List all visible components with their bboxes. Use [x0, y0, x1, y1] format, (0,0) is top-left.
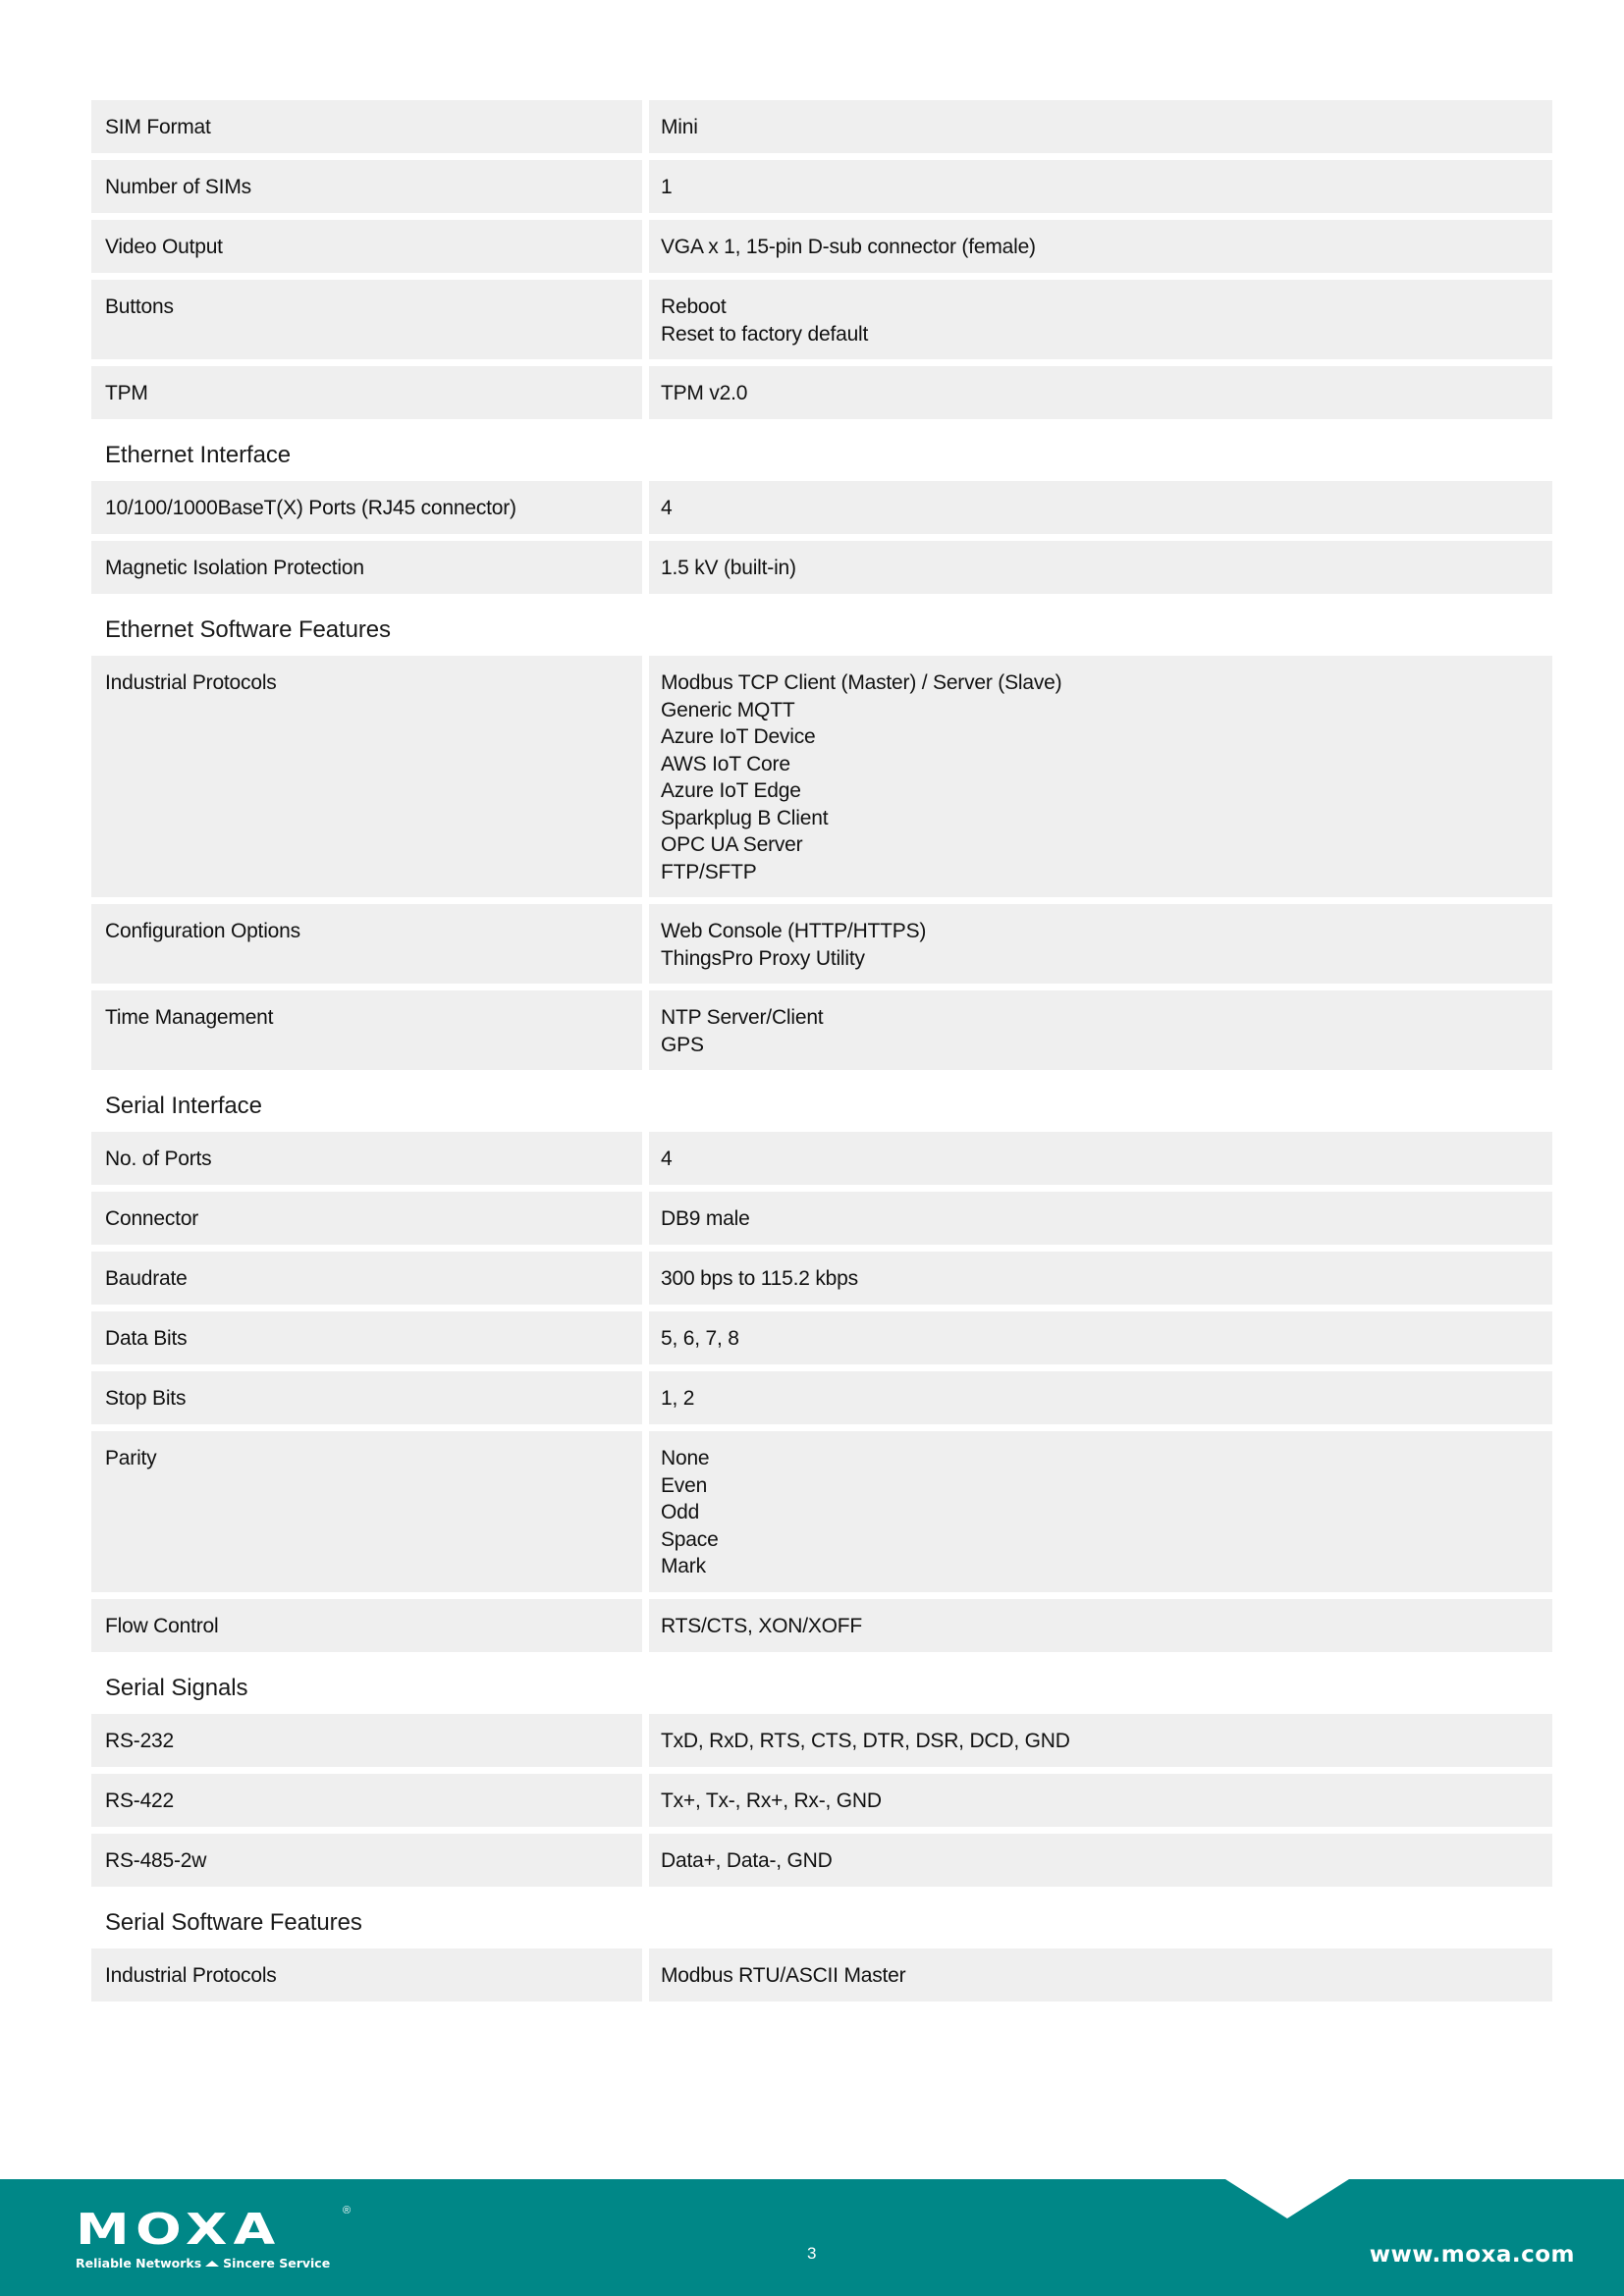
table-row: Stop Bits1, 2 — [91, 1371, 1552, 1424]
spec-value-line: TPM v2.0 — [661, 380, 1539, 407]
spec-value-line: 1.5 kV (built-in) — [661, 555, 1539, 582]
spec-value: VGA x 1, 15-pin D-sub connector (female) — [649, 220, 1552, 273]
spec-value: RTS/CTS, XON/XOFF — [649, 1599, 1552, 1652]
spec-value-line: Azure IoT Edge — [661, 777, 1539, 805]
spec-value-line: Modbus TCP Client (Master) / Server (Sla… — [661, 669, 1539, 697]
spec-section: Ethernet Software FeaturesIndustrial Pro… — [91, 601, 1552, 1070]
moxa-logo: MOXA ® Reliable NetworksSincere Service — [76, 2211, 330, 2270]
spec-label: Stop Bits — [91, 1371, 642, 1424]
spec-label: Number of SIMs — [91, 160, 642, 213]
spec-value-line: Reset to factory default — [661, 321, 1539, 348]
spec-value-line: Reboot — [661, 294, 1539, 321]
spec-value: 1.5 kV (built-in) — [649, 541, 1552, 594]
spec-value-line: Generic MQTT — [661, 697, 1539, 724]
section-title: Ethernet Interface — [91, 426, 1552, 481]
spec-value-line: Even — [661, 1472, 1539, 1500]
triangle-icon — [205, 2261, 219, 2267]
spec-label: RS-232 — [91, 1714, 642, 1767]
footer-notch-decoration — [1225, 2179, 1349, 2218]
spec-value-line: GPS — [661, 1032, 1539, 1059]
spec-value-line: TxD, RxD, RTS, CTS, DTR, DSR, DCD, GND — [661, 1728, 1539, 1755]
spec-label: TPM — [91, 366, 642, 419]
spec-value: Modbus RTU/ASCII Master — [649, 1949, 1552, 2002]
logo-tagline: Reliable NetworksSincere Service — [76, 2256, 330, 2270]
table-row: RS-232TxD, RxD, RTS, CTS, DTR, DSR, DCD,… — [91, 1714, 1552, 1767]
spec-value-line: OPC UA Server — [661, 831, 1539, 859]
table-row: Industrial ProtocolsModbus TCP Client (M… — [91, 656, 1552, 897]
spec-label: Time Management — [91, 990, 642, 1070]
logo-wordmark: MOXA — [76, 2211, 282, 2250]
registered-mark: ® — [343, 2205, 351, 2216]
spec-value-line: Odd — [661, 1499, 1539, 1526]
spec-value: 5, 6, 7, 8 — [649, 1311, 1552, 1364]
spec-value: 1 — [649, 160, 1552, 213]
tagline-left: Reliable Networks — [76, 2256, 201, 2270]
spec-section: Ethernet Interface10/100/1000BaseT(X) Po… — [91, 426, 1552, 594]
spec-label: Parity — [91, 1431, 642, 1592]
spec-label: Configuration Options — [91, 904, 642, 984]
spec-value: DB9 male — [649, 1192, 1552, 1245]
spec-value-line: Azure IoT Device — [661, 723, 1539, 751]
spec-label: SIM Format — [91, 100, 642, 153]
table-row: Baudrate300 bps to 115.2 kbps — [91, 1252, 1552, 1305]
spec-value-line: Modbus RTU/ASCII Master — [661, 1962, 1539, 1990]
spec-value-line: Space — [661, 1526, 1539, 1554]
spec-label: Industrial Protocols — [91, 656, 642, 897]
spec-value: Tx+, Tx-, Rx+, Rx-, GND — [649, 1774, 1552, 1827]
spec-value-line: 1, 2 — [661, 1385, 1539, 1413]
spec-value: RebootReset to factory default — [649, 280, 1552, 359]
table-row: ButtonsRebootReset to factory default — [91, 280, 1552, 359]
spec-value-line: DB9 male — [661, 1205, 1539, 1233]
spec-value-line: ThingsPro Proxy Utility — [661, 945, 1539, 973]
website-link[interactable]: www.moxa.com — [1370, 2242, 1575, 2268]
spec-value-line: Mini — [661, 114, 1539, 141]
section-title: Serial Software Features — [91, 1894, 1552, 1949]
spec-value: TPM v2.0 — [649, 366, 1552, 419]
table-row: 10/100/1000BaseT(X) Ports (RJ45 connecto… — [91, 481, 1552, 534]
spec-value-line: None — [661, 1445, 1539, 1472]
spec-value-line: FTP/SFTP — [661, 859, 1539, 886]
spec-value-line: Tx+, Tx-, Rx+, Rx-, GND — [661, 1788, 1539, 1815]
table-row: Flow ControlRTS/CTS, XON/XOFF — [91, 1599, 1552, 1652]
spec-label: Connector — [91, 1192, 642, 1245]
spec-value-line: 5, 6, 7, 8 — [661, 1325, 1539, 1353]
spec-value-line: 4 — [661, 495, 1539, 522]
spec-label: Industrial Protocols — [91, 1949, 642, 2002]
spec-value-line: 300 bps to 115.2 kbps — [661, 1265, 1539, 1293]
spec-value-line: Mark — [661, 1553, 1539, 1580]
spec-value: Modbus TCP Client (Master) / Server (Sla… — [649, 656, 1552, 897]
spec-value-line: VGA x 1, 15-pin D-sub connector (female) — [661, 234, 1539, 261]
spec-value: Data+, Data-, GND — [649, 1834, 1552, 1887]
spec-value-line: Data+, Data-, GND — [661, 1847, 1539, 1875]
spec-label: Buttons — [91, 280, 642, 359]
spec-value-line: NTP Server/Client — [661, 1004, 1539, 1032]
table-row: Number of SIMs1 — [91, 160, 1552, 213]
spec-value-line: RTS/CTS, XON/XOFF — [661, 1613, 1539, 1640]
table-row: TPMTPM v2.0 — [91, 366, 1552, 419]
table-row: RS-422Tx+, Tx-, Rx+, Rx-, GND — [91, 1774, 1552, 1827]
spec-label: RS-485-2w — [91, 1834, 642, 1887]
spec-label: 10/100/1000BaseT(X) Ports (RJ45 connecto… — [91, 481, 642, 534]
table-row: ConnectorDB9 male — [91, 1192, 1552, 1245]
spec-section: Serial InterfaceNo. of Ports4ConnectorDB… — [91, 1077, 1552, 1652]
spec-value: Web Console (HTTP/HTTPS)ThingsPro Proxy … — [649, 904, 1552, 984]
spec-value: 4 — [649, 1132, 1552, 1185]
spec-value-line: Sparkplug B Client — [661, 805, 1539, 832]
spec-label: Video Output — [91, 220, 642, 273]
table-row: Video OutputVGA x 1, 15-pin D-sub connec… — [91, 220, 1552, 273]
table-row: Data Bits5, 6, 7, 8 — [91, 1311, 1552, 1364]
spec-value-line: Web Console (HTTP/HTTPS) — [661, 918, 1539, 945]
page-number: 3 — [807, 2244, 816, 2264]
spec-value-line: 4 — [661, 1146, 1539, 1173]
spec-section: Serial SignalsRS-232TxD, RxD, RTS, CTS, … — [91, 1659, 1552, 1887]
spec-value: NoneEvenOddSpaceMark — [649, 1431, 1552, 1592]
table-row: SIM FormatMini — [91, 100, 1552, 153]
section-title: Serial Interface — [91, 1077, 1552, 1132]
section-title: Ethernet Software Features — [91, 601, 1552, 656]
spec-value: Mini — [649, 100, 1552, 153]
spec-value-line: AWS IoT Core — [661, 751, 1539, 778]
table-row: Configuration OptionsWeb Console (HTTP/H… — [91, 904, 1552, 984]
table-row: Time ManagementNTP Server/ClientGPS — [91, 990, 1552, 1070]
spec-value: 1, 2 — [649, 1371, 1552, 1424]
spec-table: SIM FormatMiniNumber of SIMs1Video Outpu… — [91, 100, 1552, 2008]
spec-value: 300 bps to 115.2 kbps — [649, 1252, 1552, 1305]
table-row: No. of Ports4 — [91, 1132, 1552, 1185]
spec-section: SIM FormatMiniNumber of SIMs1Video Outpu… — [91, 100, 1552, 419]
spec-label: Magnetic Isolation Protection — [91, 541, 642, 594]
spec-section: Serial Software FeaturesIndustrial Proto… — [91, 1894, 1552, 2002]
spec-value: 4 — [649, 481, 1552, 534]
tagline-right: Sincere Service — [223, 2256, 330, 2270]
spec-value-line: 1 — [661, 174, 1539, 201]
table-row: RS-485-2wData+, Data-, GND — [91, 1834, 1552, 1887]
table-row: Industrial ProtocolsModbus RTU/ASCII Mas… — [91, 1949, 1552, 2002]
section-title: Serial Signals — [91, 1659, 1552, 1714]
spec-label: Data Bits — [91, 1311, 642, 1364]
spec-label: RS-422 — [91, 1774, 642, 1827]
spec-value: TxD, RxD, RTS, CTS, DTR, DSR, DCD, GND — [649, 1714, 1552, 1767]
spec-label: Flow Control — [91, 1599, 642, 1652]
spec-label: No. of Ports — [91, 1132, 642, 1185]
spec-label: Baudrate — [91, 1252, 642, 1305]
spec-value: NTP Server/ClientGPS — [649, 990, 1552, 1070]
table-row: ParityNoneEvenOddSpaceMark — [91, 1431, 1552, 1592]
table-row: Magnetic Isolation Protection1.5 kV (bui… — [91, 541, 1552, 594]
